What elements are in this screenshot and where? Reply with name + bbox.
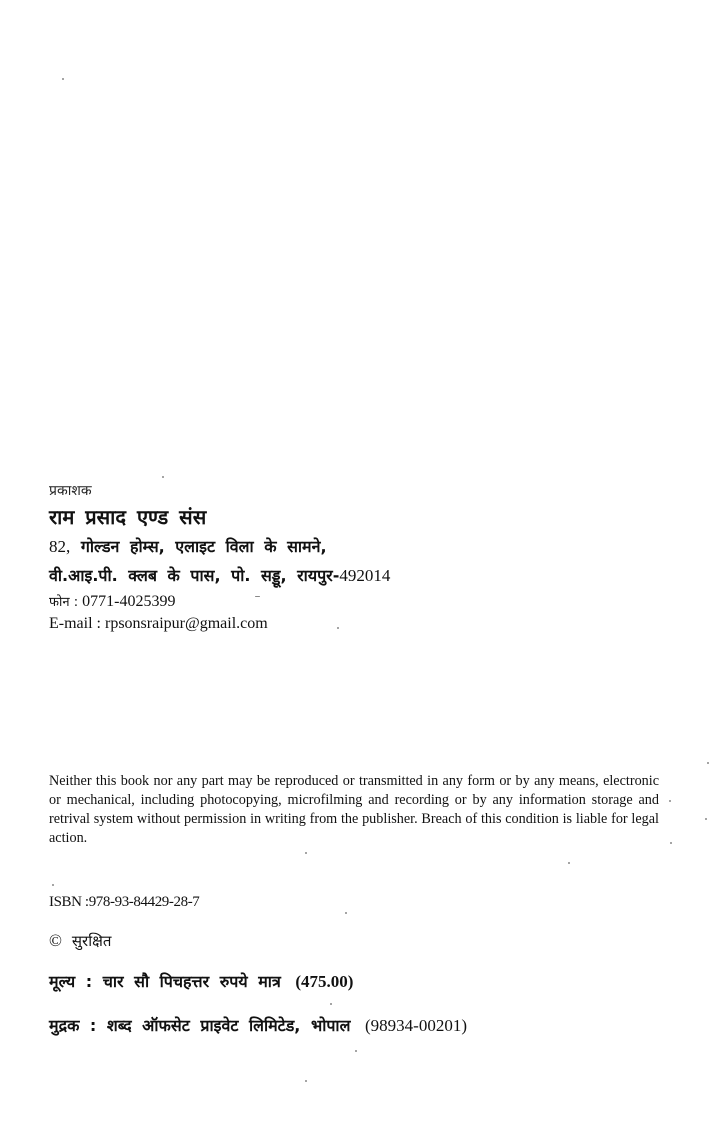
copyright-notice: Neither this book nor any part may be re… [49,772,659,848]
scan-speck [305,852,307,854]
publisher-name: राम प्रसाद एण्ड संस [49,503,206,531]
isbn-label: ISBN : [49,894,89,910]
scan-speck [355,1050,357,1052]
scan-speck [330,1003,332,1005]
address-line-1-text: गोल्डन होम्स, एलाइट विला के सामने, [81,537,327,556]
scan-speck [345,912,347,914]
scan-speck [52,884,54,886]
email-label: E-mail : [49,615,101,632]
price-amount: (475.00) [295,972,353,991]
scan-speck [705,818,707,820]
publisher-label: प्रकाशक [49,482,92,500]
phone-label: फोन : [49,595,78,610]
scan-speck [62,78,64,80]
scan-speck [707,762,709,764]
scan-speck [255,596,260,597]
email-link[interactable]: rpsonsraipur@gmail.com [105,615,268,632]
printer-phone: (98934-00201) [365,1016,467,1035]
copyright-icon: © [49,931,62,950]
email-line: E-mail : rpsonsraipur@gmail.com [49,613,268,635]
address-line-2-text: वी.आइ.पी. क्लब के पास, पो. सड्डू, रायपुर… [49,566,339,585]
phone-value: 0771-4025399 [82,593,175,610]
copyright-text: सुरक्षित [72,932,111,950]
imprint-page: प्रकाशक राम प्रसाद एण्ड संस 82, गोल्डन ह… [0,0,719,1125]
scan-speck [568,862,570,864]
price-line: मूल्य : चार सौ पिचहत्तर रुपये मात्र (475… [49,970,353,994]
price-label: मूल्य : [49,972,92,991]
printer-label: मुद्रक : [49,1016,96,1035]
scan-speck [162,476,164,478]
isbn-line: ISBN :978-93-84429-28-7 [49,892,199,912]
copyright-line: ©सुरक्षित [49,931,111,951]
isbn-value: 978-93-84429-28-7 [89,894,200,910]
scan-speck [669,800,671,802]
phone-line: फोन : 0771-4025399 [49,591,175,614]
scan-speck [670,842,672,844]
address-pincode: 492014 [339,566,390,585]
address-line-2: वी.आइ.पी. क्लब के पास, पो. सड्डू, रायपुर… [49,562,390,590]
scan-speck [337,627,339,629]
printer-line: मुद्रक : शब्द ऑफसेट प्राइवेट लिमिटेड, भो… [49,1014,467,1038]
scan-speck [305,1080,307,1082]
address-house-number: 82, [49,537,70,556]
address-line-1: 82, गोल्डन होम्स, एलाइट विला के सामने, [49,533,327,561]
printer-name: शब्द ऑफसेट प्राइवेट लिमिटेड, भोपाल [107,1016,351,1035]
price-words: चार सौ पिचहत्तर रुपये मात्र [103,972,281,991]
